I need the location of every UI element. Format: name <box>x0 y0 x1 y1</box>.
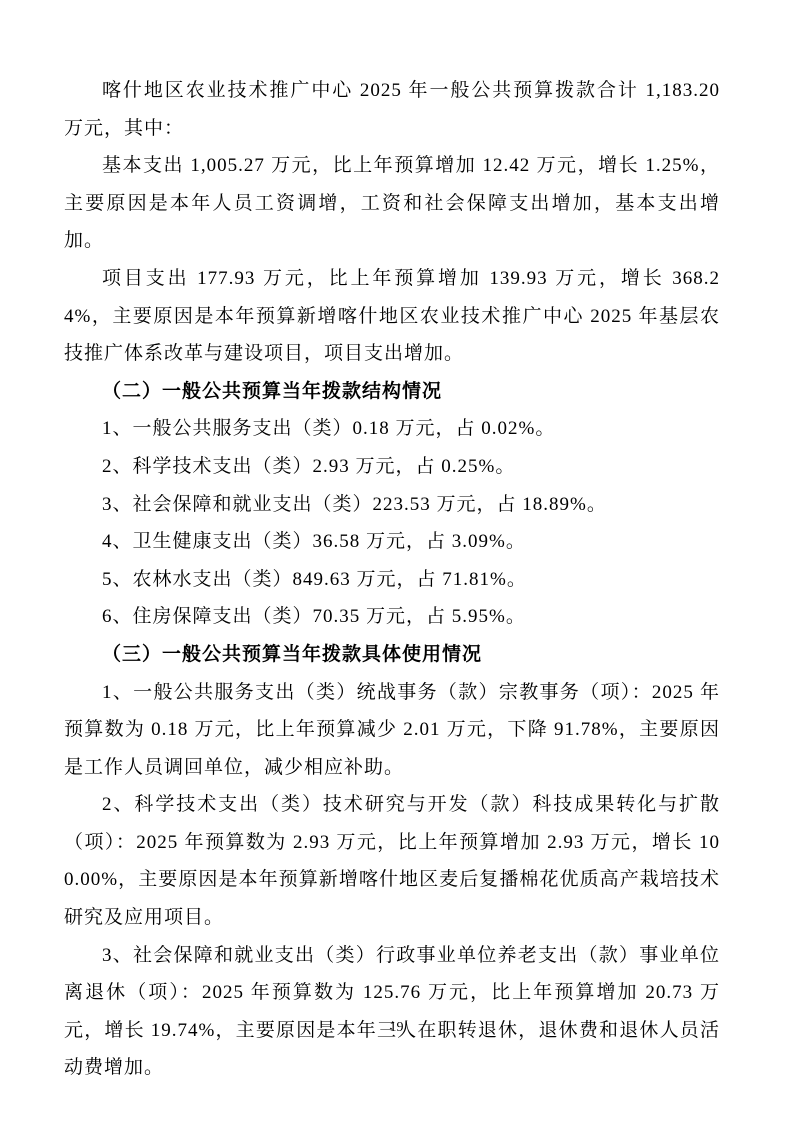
list-item-health: 4、卫生健康支出（类）36.58 万元，占 3.09%。 <box>64 523 720 561</box>
para-total-allocation: 喀什地区农业技术推广中心 2025 年一般公共预算拨款合计 1,183.20 万… <box>64 72 720 147</box>
heading-allocation-structure: （二）一般公共预算当年拨款结构情况 <box>64 373 720 411</box>
list-item-housing-security: 6、住房保障支出（类）70.35 万元，占 5.95%。 <box>64 598 720 636</box>
list-item-social-security-employment: 3、社会保障和就业支出（类）223.53 万元，占 18.89%。 <box>64 486 720 524</box>
heading-allocation-usage: （三）一般公共预算当年拨款具体使用情况 <box>64 636 720 674</box>
list-item-science-technology: 2、科学技术支出（类）2.93 万元，占 0.25%。 <box>64 448 720 486</box>
document-page: 喀什地区农业技术推广中心 2025 年一般公共预算拨款合计 1,183.20 万… <box>0 0 793 1122</box>
para-usage-religious-affairs: 1、一般公共服务支出（类）统战事务（款）宗教事务（项）：2025 年预算数为 0… <box>64 674 720 787</box>
page-number: 19 <box>390 1020 404 1035</box>
list-item-agriculture-forestry-water: 5、农林水支出（类）849.63 万元，占 71.81%。 <box>64 561 720 599</box>
para-usage-tech-research: 2、科学技术支出（类）技术研究与开发（款）科技成果转化与扩散（项）：2025 年… <box>64 786 720 936</box>
para-project-expenditure: 项目支出 177.93 万元，比上年预算增加 139.93 万元，增长 368.… <box>64 260 720 373</box>
para-usage-retirement: 3、社会保障和就业支出（类）行政事业单位养老支出（款）事业单位离退休（项）：20… <box>64 937 720 1087</box>
page-footer: 19 <box>0 1020 793 1036</box>
list-item-general-public-services: 1、一般公共服务支出（类）0.18 万元，占 0.02%。 <box>64 410 720 448</box>
para-basic-expenditure: 基本支出 1,005.27 万元，比上年预算增加 12.42 万元，增长 1.2… <box>64 147 720 260</box>
document-body: 喀什地区农业技术推广中心 2025 年一般公共预算拨款合计 1,183.20 万… <box>64 72 720 1087</box>
